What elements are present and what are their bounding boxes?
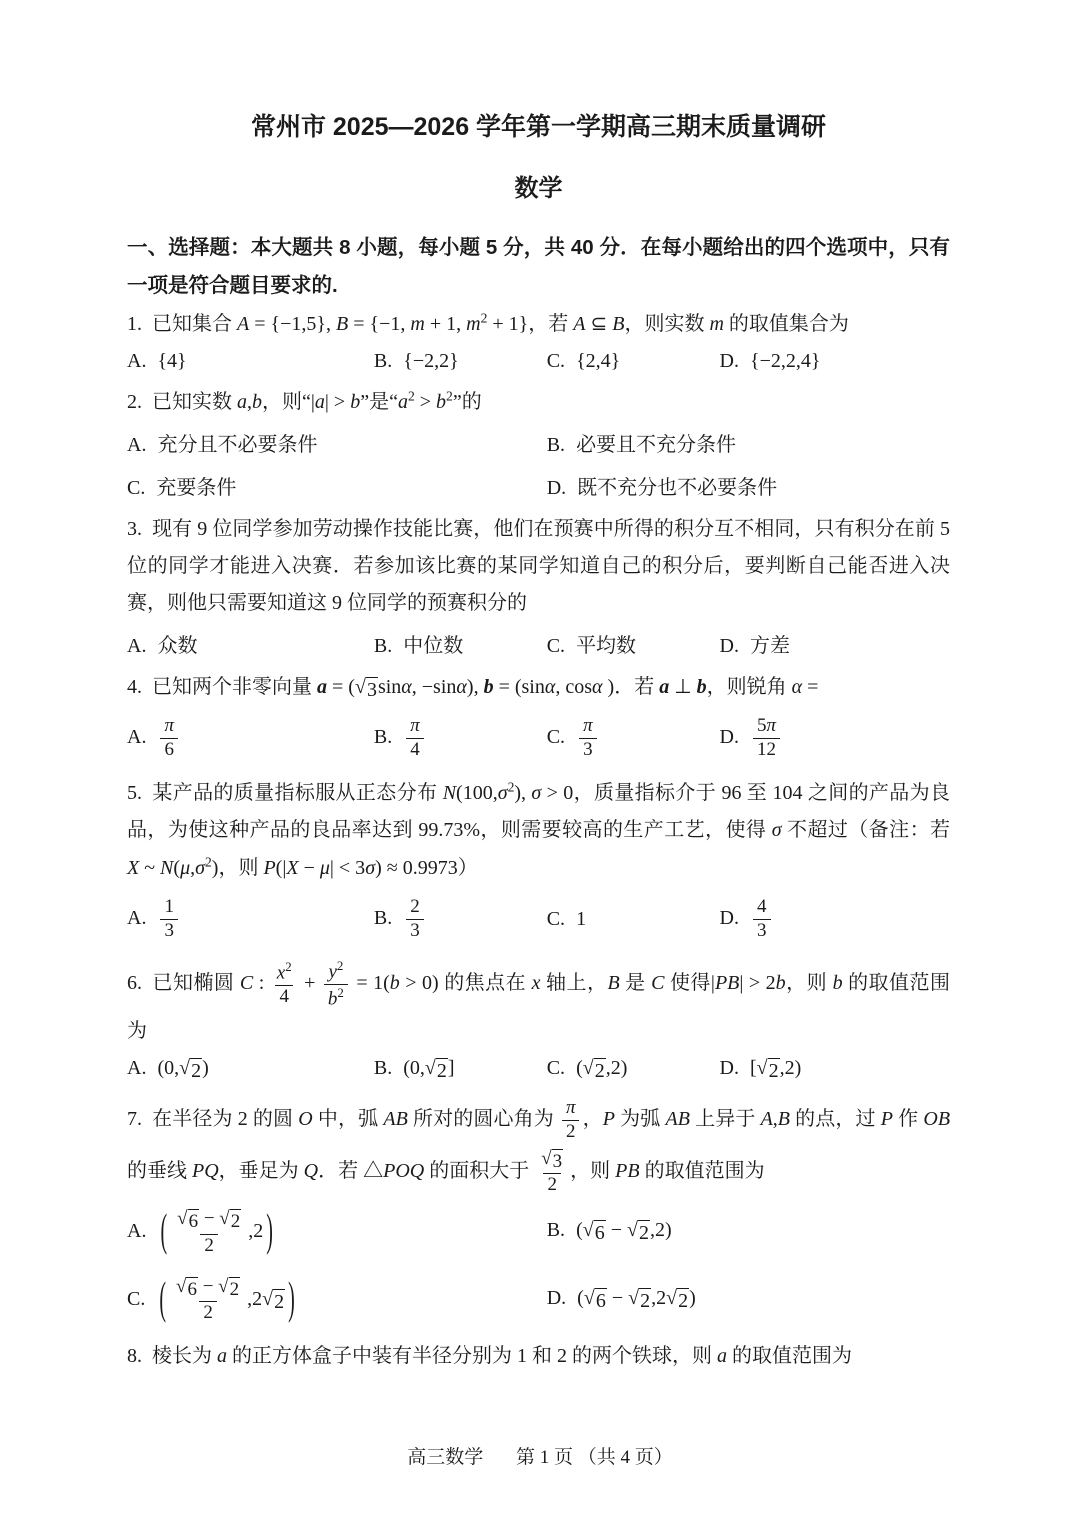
- option-label: A.: [127, 434, 146, 456]
- question-5-text: 某产品的质量指标服从正态分布 N(100,σ2), σ > 0，质量指标介于 9…: [127, 782, 950, 879]
- option-label: A.: [127, 1220, 146, 1242]
- question-6-options: A.(0,√2) B.(0,√2] C.(√2,2) D.[√2,2): [127, 1057, 950, 1084]
- question-3-text: 现有 9 位同学参加劳动操作技能比赛，他们在预赛中所得的积分互不相同，只有积分在…: [127, 518, 950, 614]
- question-2-option-d: D.既不充分也不必要条件: [547, 471, 950, 500]
- question-5-stem: 5.某产品的质量指标服从正态分布 N(100,σ2), σ > 0，质量指标介于…: [127, 775, 950, 887]
- option-label: B.: [374, 907, 392, 929]
- question-7-number: 7.: [127, 1108, 142, 1130]
- option-label: D.: [720, 907, 739, 929]
- option-content: {2,4}: [576, 350, 620, 372]
- question-6: 6.已知椭圆 C : x24 + y2b2 = 1(b > 0) 的焦点在 x …: [127, 956, 950, 1084]
- footer-course: 高三数学: [407, 1447, 483, 1468]
- option-content: 1: [576, 908, 586, 930]
- question-7-option-d: D.(√6 − √2,2√2): [547, 1287, 950, 1314]
- question-7-option-b: B.(√6 − √2,2): [547, 1219, 950, 1246]
- question-8-number: 8.: [127, 1345, 142, 1367]
- option-label: A.: [127, 350, 146, 372]
- question-4-option-b: B.π4: [374, 713, 547, 764]
- option-content: (0,√2): [157, 1057, 208, 1079]
- option-label: A.: [127, 1057, 146, 1079]
- option-content: 方差: [750, 635, 790, 657]
- question-6-number: 6.: [127, 972, 142, 994]
- subject-title: 数学: [127, 168, 950, 203]
- question-1: 1.已知集合 A = {−1,5}, B = {−1, m + 1, m2 + …: [127, 305, 950, 373]
- question-6-stem: 6.已知椭圆 C : x24 + y2b2 = 1(b > 0) 的焦点在 x …: [127, 956, 950, 1050]
- question-3: 3.现有 9 位同学参加劳动操作技能比赛，他们在预赛中所得的积分互不相同，只有积…: [127, 511, 950, 658]
- question-2-text: 已知实数 a,b，则“|a| > b”是“a2 > b2”的: [152, 391, 482, 413]
- option-content: {−2,2}: [403, 350, 458, 372]
- question-4-text: 已知两个非零向量 a = (√3sinα, −sinα), b = (sinα,…: [152, 676, 818, 698]
- option-content: (√6 − √22,2): [157, 1220, 275, 1242]
- question-7-options: A.(√6 − √22,2) B.(√6 − √2,2) C.(√6 − √22…: [127, 1206, 950, 1327]
- option-content: (√6 − √22,2√2): [156, 1288, 297, 1310]
- option-label: A.: [127, 726, 146, 748]
- question-3-stem: 3.现有 9 位同学参加劳动操作技能比赛，他们在预赛中所得的积分互不相同，只有积…: [127, 511, 950, 622]
- option-content: 必要且不充分条件: [576, 434, 736, 456]
- option-label: C.: [547, 635, 565, 657]
- option-label: B.: [374, 1057, 392, 1079]
- option-label: C.: [127, 1288, 145, 1310]
- option-content: 23: [403, 907, 427, 929]
- question-5-option-d: D.43: [720, 894, 950, 945]
- option-content: 中位数: [403, 635, 463, 657]
- option-content: 5π12: [750, 726, 783, 748]
- option-label: C.: [547, 350, 565, 372]
- question-7-option-a: A.(√6 − √22,2): [127, 1206, 547, 1260]
- question-3-options: A.众数 B.中位数 C.平均数 D.方差: [127, 629, 950, 658]
- option-label: B.: [547, 434, 565, 456]
- question-1-option-b: B.{−2,2}: [374, 350, 547, 373]
- question-1-option-a: A.{4}: [127, 350, 374, 373]
- footer-page-info: 第 1 页 （共 4 页）: [516, 1447, 673, 1468]
- question-5-options: A.13 B.23 C.1 D.43: [127, 894, 950, 945]
- question-2-stem: 2.已知实数 a,b，则“|a| > b”是“a2 > b2”的: [127, 384, 950, 422]
- question-2-option-b: B.必要且不充分条件: [547, 428, 950, 457]
- option-label: B.: [374, 726, 392, 748]
- option-content: π6: [157, 726, 181, 748]
- question-4: 4.已知两个非零向量 a = (√3sinα, −sinα), b = (sin…: [127, 669, 950, 764]
- section-header: 一、选择题：本大题共 8 小题，每小题 5 分，共 40 分．在每小题给出的四个…: [127, 229, 950, 305]
- question-1-option-d: D.{−2,2,4}: [720, 350, 950, 373]
- option-label: D.: [720, 350, 739, 372]
- question-5-option-b: B.23: [374, 894, 547, 945]
- question-8: 8.棱长为 a 的正方体盒子中装有半径分别为 1 和 2 的两个铁球，则 a 的…: [127, 1338, 950, 1375]
- question-3-option-a: A.众数: [127, 629, 374, 658]
- option-label: A.: [127, 635, 146, 657]
- question-3-option-d: D.方差: [720, 629, 950, 658]
- page-footer: 高三数学 第 1 页 （共 4 页）: [0, 1442, 1080, 1469]
- option-content: (√6 − √2,2√2): [577, 1287, 696, 1309]
- option-label: D.: [547, 477, 566, 499]
- option-content: π4: [403, 726, 427, 748]
- question-6-text: 已知椭圆 C : x24 + y2b2 = 1(b > 0) 的焦点在 x 轴上…: [127, 972, 950, 1042]
- option-content: {4}: [157, 350, 186, 372]
- question-2-option-c: C.充要条件: [127, 471, 547, 500]
- option-content: π3: [576, 726, 600, 748]
- question-8-stem: 8.棱长为 a 的正方体盒子中装有半径分别为 1 和 2 的两个铁球，则 a 的…: [127, 1338, 950, 1375]
- question-7-stem: 7.在半径为 2 的圆 O 中，弧 AB 所对的圆心角为 π2，P 为弧 AB …: [127, 1095, 950, 1199]
- question-5-number: 5.: [127, 782, 142, 804]
- option-content: {−2,2,4}: [750, 350, 820, 372]
- question-1-stem: 1.已知集合 A = {−1,5}, B = {−1, m + 1, m2 + …: [127, 305, 950, 343]
- question-4-option-c: C.π3: [547, 713, 720, 764]
- option-content: 既不充分也不必要条件: [577, 477, 777, 499]
- question-4-option-a: A.π6: [127, 713, 374, 764]
- question-3-number: 3.: [127, 518, 142, 540]
- question-2: 2.已知实数 a,b，则“|a| > b”是“a2 > b2”的 A.充分且不必…: [127, 384, 950, 501]
- option-content: 众数: [157, 635, 197, 657]
- question-4-stem: 4.已知两个非零向量 a = (√3sinα, −sinα), b = (sin…: [127, 669, 950, 706]
- question-6-option-b: B.(0,√2]: [374, 1057, 547, 1084]
- question-7: 7.在半径为 2 的圆 O 中，弧 AB 所对的圆心角为 π2，P 为弧 AB …: [127, 1095, 950, 1327]
- question-8-text: 棱长为 a 的正方体盒子中装有半径分别为 1 和 2 的两个铁球，则 a 的取值…: [152, 1345, 852, 1367]
- option-content: 充分且不必要条件: [157, 434, 317, 456]
- option-label: B.: [374, 635, 392, 657]
- question-1-number: 1.: [127, 313, 142, 335]
- exam-page: 常州市 2025—2026 学年第一学期高三期末质量调研 数学 一、选择题：本大…: [0, 0, 1080, 1527]
- question-4-option-d: D.5π12: [720, 713, 950, 764]
- option-content: (0,√2]: [403, 1057, 454, 1079]
- option-label: C.: [547, 726, 565, 748]
- question-2-option-a: A.充分且不必要条件: [127, 428, 547, 457]
- option-content: 充要条件: [156, 477, 236, 499]
- option-label: C.: [127, 477, 145, 499]
- question-1-options: A.{4} B.{−2,2} C.{2,4} D.{−2,2,4}: [127, 350, 950, 373]
- question-2-options: A.充分且不必要条件 B.必要且不充分条件 C.充要条件 D.既不充分也不必要条…: [127, 428, 950, 500]
- option-content: [√2,2): [750, 1057, 801, 1079]
- question-5: 5.某产品的质量指标服从正态分布 N(100,σ2), σ > 0，质量指标介于…: [127, 775, 950, 945]
- question-6-option-c: C.(√2,2): [547, 1057, 720, 1084]
- question-3-option-b: B.中位数: [374, 629, 547, 658]
- question-1-option-c: C.{2,4}: [547, 350, 720, 373]
- question-3-option-c: C.平均数: [547, 629, 720, 658]
- question-7-option-c: C.(√6 − √22,2√2): [127, 1274, 547, 1328]
- option-label: B.: [547, 1219, 565, 1241]
- question-1-text: 已知集合 A = {−1,5}, B = {−1, m + 1, m2 + 1}…: [152, 313, 849, 335]
- question-4-options: A.π6 B.π4 C.π3 D.5π12: [127, 713, 950, 764]
- option-content: 13: [157, 907, 181, 929]
- question-5-option-c: C.1: [547, 908, 720, 931]
- option-content: 43: [750, 907, 774, 929]
- page-title: 常州市 2025—2026 学年第一学期高三期末质量调研: [127, 112, 950, 142]
- option-label: B.: [374, 350, 392, 372]
- question-6-option-d: D.[√2,2): [720, 1057, 950, 1084]
- question-2-number: 2.: [127, 391, 142, 413]
- question-5-option-a: A.13: [127, 894, 374, 945]
- question-6-option-a: A.(0,√2): [127, 1057, 374, 1084]
- option-label: C.: [547, 908, 565, 930]
- option-content: 平均数: [576, 635, 636, 657]
- option-label: D.: [720, 726, 739, 748]
- question-7-text: 在半径为 2 的圆 O 中，弧 AB 所对的圆心角为 π2，P 为弧 AB 上异…: [127, 1108, 950, 1182]
- option-label: D.: [547, 1287, 566, 1309]
- option-label: D.: [720, 1057, 739, 1079]
- question-4-number: 4.: [127, 676, 142, 698]
- option-label: D.: [720, 635, 739, 657]
- option-label: C.: [547, 1057, 565, 1079]
- option-content: (√6 − √2,2): [576, 1219, 672, 1241]
- option-content: (√2,2): [576, 1057, 627, 1079]
- option-label: A.: [127, 907, 146, 929]
